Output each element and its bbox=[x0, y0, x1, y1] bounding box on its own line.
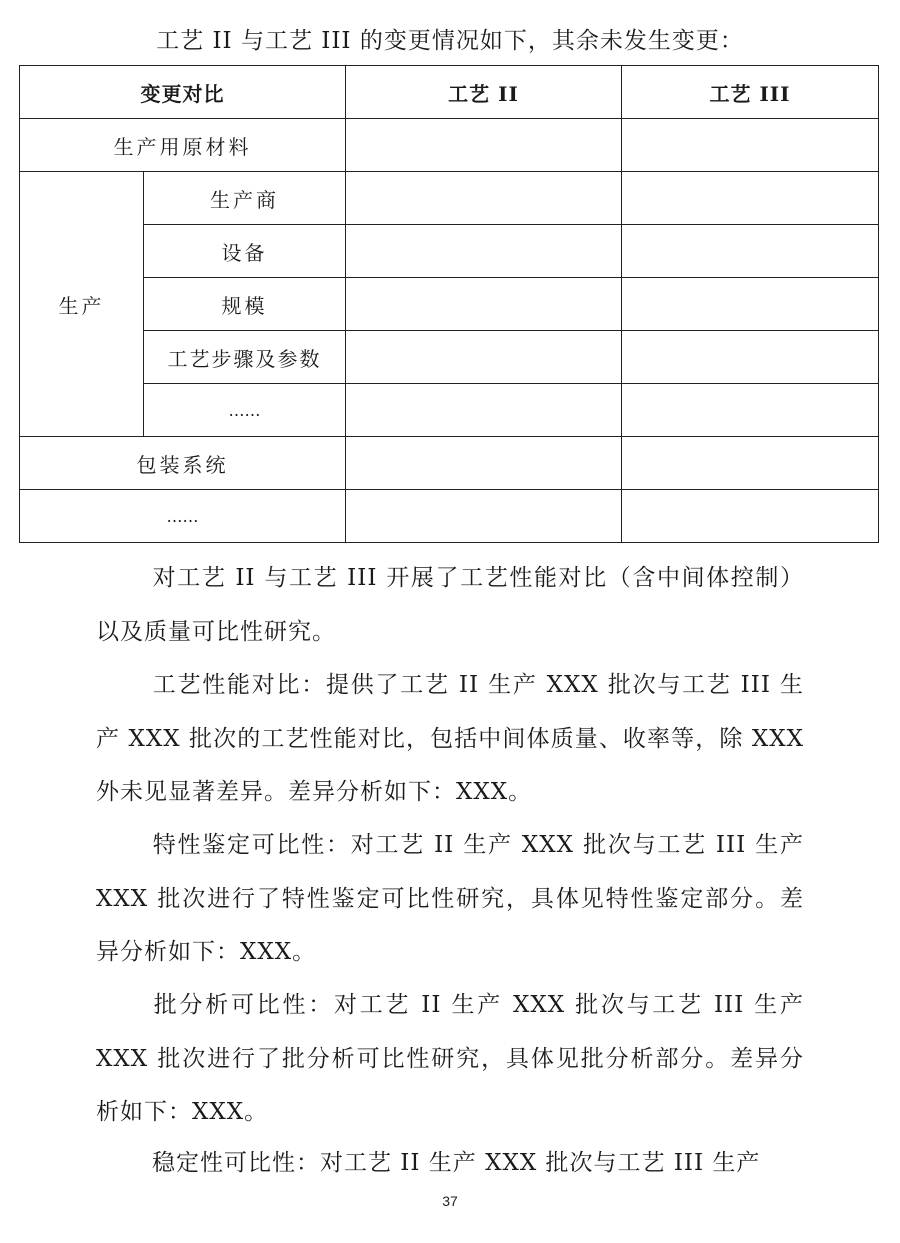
cell-process-ii bbox=[346, 331, 622, 384]
cell-process-iii bbox=[622, 331, 879, 384]
table-row: 生产用原材料 bbox=[20, 119, 879, 172]
cell-process-ii bbox=[346, 119, 622, 172]
paragraph-text: 批分析可比性：对工艺 II 生产 XXX 批次与工艺 III 生产 XXX 批次… bbox=[96, 992, 804, 1125]
cell-process-ii bbox=[346, 490, 622, 543]
page-number: 37 bbox=[0, 1193, 900, 1209]
row-label-ellipsis: …… bbox=[144, 384, 346, 437]
row-group-production: 生产 bbox=[20, 172, 144, 437]
cell-process-ii bbox=[346, 437, 622, 490]
table-row: 设备 bbox=[20, 225, 879, 278]
paragraph-comparison-overview: 对工艺 II 与工艺 III 开展了工艺性能对比（含中间体控制）以及质量可比性研… bbox=[96, 552, 804, 659]
paragraph-process-performance: 工艺性能对比：提供了工艺 II 生产 XXX 批次与工艺 III 生产 XXX … bbox=[96, 659, 804, 820]
table-header-row: 变更对比 工艺 II 工艺 III bbox=[20, 66, 879, 119]
intro-sentence: 工艺 II 与工艺 III 的变更情况如下，其余未发生变更： bbox=[0, 22, 900, 55]
cell-process-ii bbox=[346, 225, 622, 278]
table-row: 生产 生产商 bbox=[20, 172, 879, 225]
row-label-raw-materials: 生产用原材料 bbox=[20, 119, 346, 172]
paragraph-characterization: 特性鉴定可比性：对工艺 II 生产 XXX 批次与工艺 III 生产 XXX 批… bbox=[96, 819, 804, 980]
change-comparison-table: 变更对比 工艺 II 工艺 III 生产用原材料 生产 生产商 设备 规模 工艺… bbox=[19, 65, 879, 543]
header-process-ii: 工艺 II bbox=[346, 66, 622, 119]
header-process-iii: 工艺 III bbox=[622, 66, 879, 119]
row-label-equipment: 设备 bbox=[144, 225, 346, 278]
cell-process-ii bbox=[346, 172, 622, 225]
paragraph-text: 工艺性能对比：提供了工艺 II 生产 XXX 批次与工艺 III 生产 XXX … bbox=[96, 672, 804, 805]
row-label-scale: 规模 bbox=[144, 278, 346, 331]
cell-process-iii bbox=[622, 490, 879, 543]
cell-process-iii bbox=[622, 225, 879, 278]
cell-process-iii bbox=[622, 172, 879, 225]
paragraph-text: 特性鉴定可比性：对工艺 II 生产 XXX 批次与工艺 III 生产 XXX 批… bbox=[96, 832, 804, 965]
cell-process-iii bbox=[622, 119, 879, 172]
row-label-packaging-system: 包装系统 bbox=[20, 437, 346, 490]
row-label-process-steps: 工艺步骤及参数 bbox=[144, 331, 346, 384]
table-row: …… bbox=[20, 384, 879, 437]
table-row: …… bbox=[20, 490, 879, 543]
table-row: 工艺步骤及参数 bbox=[20, 331, 879, 384]
paragraph-batch-analysis: 批分析可比性：对工艺 II 生产 XXX 批次与工艺 III 生产 XXX 批次… bbox=[96, 979, 804, 1140]
table-row: 规模 bbox=[20, 278, 879, 331]
cell-process-ii bbox=[346, 278, 622, 331]
row-label-manufacturer: 生产商 bbox=[144, 172, 346, 225]
cell-process-ii bbox=[346, 384, 622, 437]
header-change-comparison: 变更对比 bbox=[20, 66, 346, 119]
cell-process-iii bbox=[622, 437, 879, 490]
cell-process-iii bbox=[622, 384, 879, 437]
row-label-ellipsis: …… bbox=[20, 490, 346, 543]
table-row: 包装系统 bbox=[20, 437, 879, 490]
cell-process-iii bbox=[622, 278, 879, 331]
paragraph-text: 对工艺 II 与工艺 III 开展了工艺性能对比（含中间体控制）以及质量可比性研… bbox=[96, 565, 804, 645]
paragraph-text: 稳定性可比性：对工艺 II 生产 XXX 批次与工艺 III 生产 bbox=[152, 1150, 760, 1176]
paragraph-stability: 稳定性可比性：对工艺 II 生产 XXX 批次与工艺 III 生产 bbox=[96, 1137, 804, 1191]
